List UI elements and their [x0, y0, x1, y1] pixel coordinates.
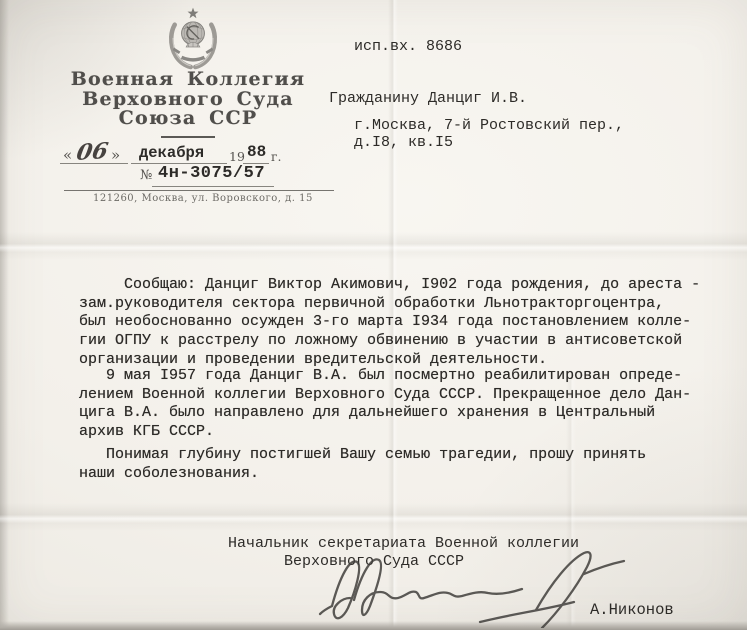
date-month-typed: декабря [139, 144, 204, 162]
date-quote-close: » [111, 146, 120, 164]
date-quote-open: « [63, 146, 72, 164]
scanned-letter-page: Военная Коллегия Верховного Суда Союза С… [0, 0, 747, 630]
scan-edge-left [0, 0, 9, 630]
paper-fold-horizontal-upper [0, 232, 747, 260]
addressee-salutation: Гражданину Данциг И.В. [329, 90, 527, 107]
date-year-printed: 19 [229, 149, 245, 164]
org-line-1: Военная Коллегия [62, 70, 314, 90]
date-year-suffix: г. [271, 149, 282, 164]
body-paragraph-1: Сообщаю: Данциг Виктор Акимович, I902 го… [79, 276, 729, 370]
org-line-3: Союза ССР [62, 109, 314, 129]
body-paragraph-2: 9 мая I957 года Данциг В.А. был посмертн… [79, 367, 729, 442]
number-underline [152, 186, 274, 187]
incoming-reference-mark: исп.вх. 8686 [354, 38, 462, 55]
letterhead-divider [161, 136, 215, 138]
signer-name: А.Никонов [590, 601, 674, 619]
letterhead-rule [64, 190, 334, 191]
number-label: № [140, 168, 152, 183]
paper-fold-horizontal-lower [0, 503, 747, 531]
date-year-typed: 88 [247, 143, 266, 161]
addressee-address-line1: г.Москва, 7-й Ростовский пер., [354, 117, 624, 134]
number-value: 4н-3075/57 [158, 164, 265, 183]
date-day-handwritten: 06 [74, 138, 110, 166]
ussr-coat-of-arms-icon [164, 7, 222, 71]
body-paragraph-3: Понимая глубину постигшей Вашу семью тра… [79, 446, 729, 483]
addressee-address-line2: д.I8, кв.I5 [354, 134, 453, 151]
organization-name: Военная Коллегия Верховного Суда Союза С… [62, 70, 314, 129]
date-underline-day [60, 163, 128, 164]
letterhead-address: 121260, Москва, ул. Воровского, д. 15 [93, 193, 313, 204]
